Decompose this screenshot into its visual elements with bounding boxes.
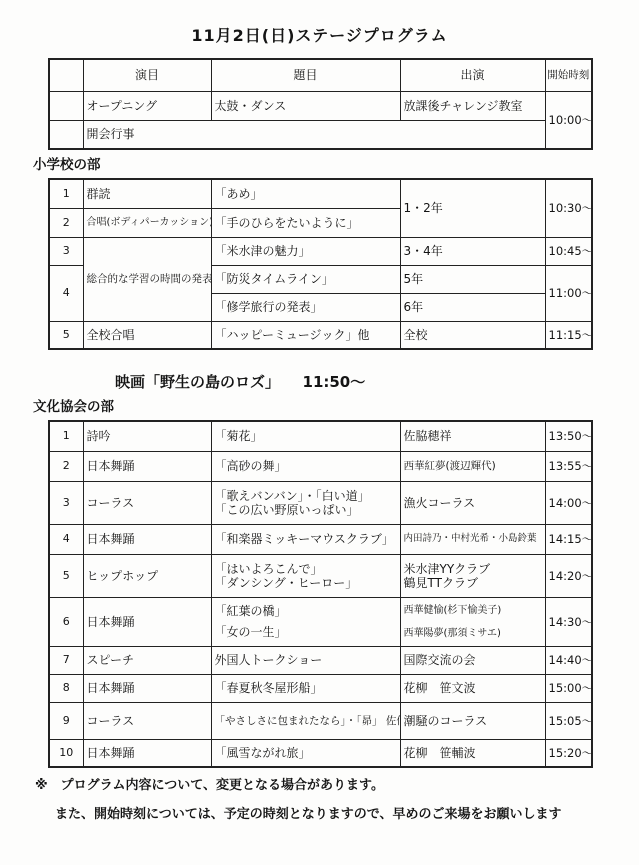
cell-no: 7 [49, 646, 83, 674]
cell-cast: 潮騒のコーラス [400, 702, 545, 739]
cell-title: 太鼓・ダンス [211, 91, 400, 120]
cell-no [49, 120, 83, 149]
cell-time: 11:00～ [545, 265, 592, 321]
cell-no: 5 [49, 554, 83, 597]
table-row: 2 日本舞踊 「高砂の舞」 西華紅夢(渡辺輝代) 13:55～ [49, 451, 592, 481]
cell-no: 4 [49, 524, 83, 554]
cell-no: 2 [49, 451, 83, 481]
cell-engi: 全校合唱 [83, 321, 211, 349]
table-row: 1 群読 「あめ」 1・2年 10:30～ [49, 179, 592, 208]
table-row: 7 スピーチ 外国人トークショー 国際交流の会 14:40～ [49, 646, 592, 674]
table-row: 8 日本舞踊 「春夏秋冬屋形船」 花柳 笹文波 15:00～ [49, 674, 592, 702]
cell-time: 11:15～ [545, 321, 592, 349]
cell-cast: 5年 [400, 265, 545, 293]
header-title: 題目 [211, 59, 400, 91]
table-row: オープニング 太鼓・ダンス 放課後チャレンジ教室 10:00～ [49, 91, 592, 120]
table-row: 9 コーラス 「やさしさに包まれたなら」・「昴」 佐伯市歌「美しいのは」 潮騒の… [49, 702, 592, 739]
cell-no: 5 [49, 321, 83, 349]
cell-title: 「手のひらをたいように」 [211, 208, 400, 237]
cell-cast: 花柳 笹輔波 [400, 739, 545, 767]
cell-cast: 米水津YYクラブ 鶴見TTクラブ [400, 554, 545, 597]
cell-title: 外国人トークショー [211, 646, 400, 674]
culture-table: 1 詩吟 「菊花」 佐脇穂祥 13:50～ 2 日本舞踊 「高砂の舞」 西華紅夢… [48, 420, 593, 768]
table-row: 4 日本舞踊 「和楽器ミッキーマウスクラブ」 内田詩乃・中村光希・小島鈴葉 14… [49, 524, 592, 554]
table-row: 6 日本舞踊 「紅葉の橋」 「女の一生」 西華健愉(杉下愉美子) 西華陽夢(那須… [49, 597, 592, 646]
section-heading-elementary: 小学校の部 [33, 156, 639, 174]
cell-title: 「風雪ながれ旅」 [211, 739, 400, 767]
table-row: 開会行事 [49, 120, 592, 149]
cell-title: 「紅葉の橋」 「女の一生」 [211, 597, 400, 646]
cell-engi: 群読 [83, 179, 211, 208]
cell-no: 8 [49, 674, 83, 702]
cell-cast: 1・2年 [400, 179, 545, 237]
cell-time: 14:00～ [545, 481, 592, 524]
cell-no: 3 [49, 481, 83, 524]
cell-title: 「修学旅行の発表」 [211, 293, 400, 321]
cell-cast: 花柳 笹文波 [400, 674, 545, 702]
cell-no: 2 [49, 208, 83, 237]
cell-engi: コーラス [83, 702, 211, 739]
cell-time: 14:30～ [545, 597, 592, 646]
cell-engi: 日本舞踊 [83, 597, 211, 646]
table-row: 1 詩吟 「菊花」 佐脇穂祥 13:50～ [49, 421, 592, 451]
cell-title: 「ハッピーミュージック」他 [211, 321, 400, 349]
note-program-change: ※ プログラム内容について、変更となる場合があります。 [35, 777, 639, 795]
cell-engi: ヒップホップ [83, 554, 211, 597]
cell-title: 「春夏秋冬屋形船」 [211, 674, 400, 702]
cell-engi: 日本舞踊 [83, 739, 211, 767]
header-cast: 出演 [400, 59, 545, 91]
header-engi: 演目 [83, 59, 211, 91]
elementary-table: 1 群読 「あめ」 1・2年 10:30～ 2 合唱(ボディパーカッション) 「… [48, 178, 593, 350]
cell-time: 15:20～ [545, 739, 592, 767]
cell-no: 4 [49, 265, 83, 321]
cell-title: 「防災タイムライン」 [211, 265, 400, 293]
header-time: 開始時刻 [545, 59, 592, 91]
section-heading-culture: 文化協会の部 [33, 398, 639, 416]
cell-cast: 内田詩乃・中村光希・小島鈴葉 [400, 524, 545, 554]
table-row: 5 ヒップホップ 「はいよろこんで」 「ダンシング・ヒーロー」 米水津YYクラブ… [49, 554, 592, 597]
cell-engi: 日本舞踊 [83, 451, 211, 481]
cell-time: 10:45～ [545, 237, 592, 265]
cell-no: 10 [49, 739, 83, 767]
cell-title: 「歌えバンバン」・「白い道」 「この広い野原いっぱい」 [211, 481, 400, 524]
cell-no: 9 [49, 702, 83, 739]
cell-cast: 放課後チャレンジ教室 [400, 91, 545, 120]
cell-cast: 佐脇穂祥 [400, 421, 545, 451]
cell-engi: 合唱(ボディパーカッション) [83, 208, 211, 237]
cell-engi: 詩吟 [83, 421, 211, 451]
opening-table: 演目 題目 出演 開始時刻 オープニング 太鼓・ダンス 放課後チャレンジ教室 1… [48, 58, 593, 150]
cell-title: 「高砂の舞」 [211, 451, 400, 481]
cell-cast: 全校 [400, 321, 545, 349]
cell-time: 10:00～ [545, 91, 592, 149]
cell-time: 15:00～ [545, 674, 592, 702]
cell-title: 「あめ」 [211, 179, 400, 208]
cell-engi: コーラス [83, 481, 211, 524]
cell-title: 「和楽器ミッキーマウスクラブ」 [211, 524, 400, 554]
cell-no: 1 [49, 421, 83, 451]
cell-cast: 国際交流の会 [400, 646, 545, 674]
header-no [49, 59, 83, 91]
cell-engi: 日本舞踊 [83, 524, 211, 554]
cell-engi: 開会行事 [83, 120, 545, 149]
cell-time: 13:55～ [545, 451, 592, 481]
cell-cast: 3・4年 [400, 237, 545, 265]
cell-time: 13:50～ [545, 421, 592, 451]
cell-time: 14:40～ [545, 646, 592, 674]
cell-title: 「やさしさに包まれたなら」・「昴」 佐伯市歌「美しいのは」 [211, 702, 400, 739]
cell-title: 「米水津の魅力」 [211, 237, 400, 265]
cell-title: 「菊花」 [211, 421, 400, 451]
cell-time: 10:30～ [545, 179, 592, 237]
cell-cast: 西華健愉(杉下愉美子) 西華陽夢(那須ミサエ) [400, 597, 545, 646]
note-start-time: また、開始時刻については、予定の時刻となりますので、早めのご来場をお願いします [55, 806, 639, 824]
cell-engi: オープニング [83, 91, 211, 120]
table-row: 5 全校合唱 「ハッピーミュージック」他 全校 11:15～ [49, 321, 592, 349]
table-row: 3 総合的な学習の時間の発表 「米水津の魅力」 3・4年 10:45～ [49, 237, 592, 265]
document-title: 11月2日(日)ステージプログラム [0, 0, 639, 46]
movie-announcement: 映画「野生の島のロズ」 11:50～ [115, 372, 639, 392]
cell-title: 「はいよろこんで」 「ダンシング・ヒーロー」 [211, 554, 400, 597]
cell-time: 14:15～ [545, 524, 592, 554]
cell-cast: 6年 [400, 293, 545, 321]
cell-no: 1 [49, 179, 83, 208]
table-row: 3 コーラス 「歌えバンバン」・「白い道」 「この広い野原いっぱい」 漁火コーラ… [49, 481, 592, 524]
cell-cast: 漁火コーラス [400, 481, 545, 524]
opening-header-row: 演目 題目 出演 開始時刻 [49, 59, 592, 91]
cell-engi: 総合的な学習の時間の発表 [83, 237, 211, 321]
program-document: 11月2日(日)ステージプログラム 演目 題目 出演 開始時刻 オープニング 太… [0, 0, 639, 865]
table-row: 10 日本舞踊 「風雪ながれ旅」 花柳 笹輔波 15:20～ [49, 739, 592, 767]
cell-no [49, 91, 83, 120]
cell-no: 6 [49, 597, 83, 646]
cell-cast: 西華紅夢(渡辺輝代) [400, 451, 545, 481]
cell-no: 3 [49, 237, 83, 265]
cell-engi: 日本舞踊 [83, 674, 211, 702]
cell-engi: スピーチ [83, 646, 211, 674]
cell-time: 14:20～ [545, 554, 592, 597]
cell-time: 15:05～ [545, 702, 592, 739]
